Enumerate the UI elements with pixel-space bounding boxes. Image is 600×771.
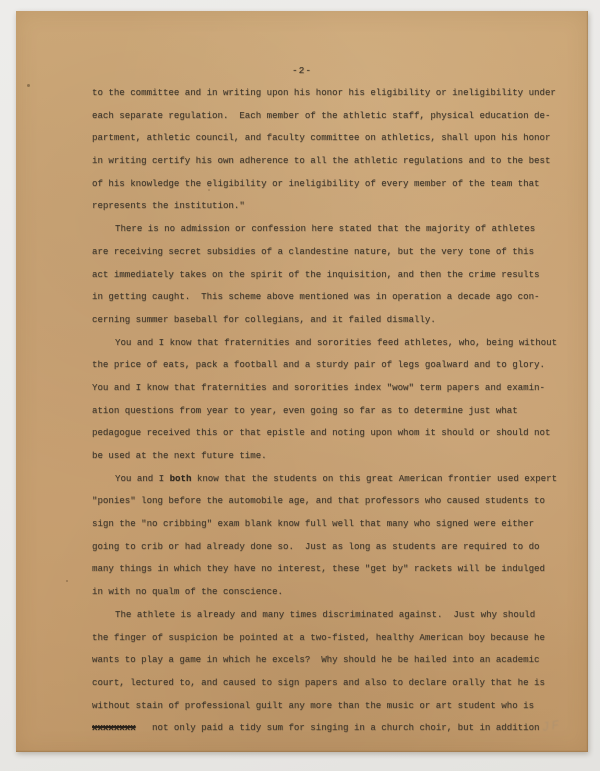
text-segment: the price of eats, pack a football and a…: [92, 359, 545, 370]
text-line: partment, athletic council, and faculty …: [92, 127, 578, 150]
text-line: of his knowledge the eligibility or inel…: [92, 173, 578, 196]
text-segment: the finger of suspicion be pointed at a …: [92, 632, 545, 643]
text-line: You and I know that fraternities and sor…: [92, 377, 578, 400]
text-line: There is no admission or confession here…: [92, 218, 578, 241]
text-line: "ponies" long before the automobile age,…: [92, 490, 578, 513]
text-segment: court, lectured to, and caused to sign p…: [92, 677, 545, 688]
text-line: cerning summer baseball for collegians, …: [92, 309, 578, 332]
text-segment: going to crib or had already done so. Ju…: [92, 541, 540, 552]
text-line: in with no qualm of the conscience.: [92, 581, 578, 604]
text-segment: not only paid a tidy sum for singing in …: [136, 722, 540, 733]
text-segment: represents the institution.": [92, 200, 245, 211]
faint-pencil-mark: JF: [541, 714, 588, 742]
document-text: to the committee and in writing upon his…: [92, 82, 578, 740]
document-page: -2- to the committee and in writing upon…: [16, 11, 588, 752]
text-segment: pedagogue received this or that epistle …: [92, 427, 550, 438]
text-segment: be used at the next future time.: [92, 450, 267, 461]
text-segment: You and I: [115, 473, 170, 484]
page-number: -2-: [16, 63, 588, 79]
text-segment: of his knowledge the eligibility or inel…: [92, 178, 540, 189]
paper-speck: [66, 580, 68, 582]
scan-backdrop: -2- to the committee and in writing upon…: [0, 0, 600, 771]
text-segment: both: [170, 473, 192, 484]
text-line: pedagogue received this or that epistle …: [92, 422, 578, 445]
paper-speck: [486, 273, 488, 275]
text-line: the finger of suspicion be pointed at a …: [92, 627, 578, 650]
text-segment: The athlete is already and many times di…: [115, 609, 535, 620]
text-line: in writing certify his own adherence to …: [92, 150, 578, 173]
text-segment: cerning summer baseball for collegians, …: [92, 314, 436, 325]
text-segment: are receiving secret subsidies of a clan…: [92, 246, 534, 257]
text-line: represents the institution.": [92, 195, 578, 218]
text-segment: You and I know that fraternities and sor…: [92, 382, 545, 393]
text-line: court, lectured to, and caused to sign p…: [92, 672, 578, 695]
text-segment: many things in which they have no intere…: [92, 563, 545, 574]
text-segment: partment, athletic council, and faculty …: [92, 132, 550, 143]
text-line: without stain of professional guilt any …: [92, 695, 578, 718]
text-line: are receiving secret subsidies of a clan…: [92, 241, 578, 264]
text-segment: sign the "no cribbing" exam blank know f…: [92, 518, 534, 529]
text-line: xxxxxxxx not only paid a tidy sum for si…: [92, 717, 578, 740]
text-line: The athlete is already and many times di…: [92, 604, 578, 627]
text-line: You and I both know that the students on…: [92, 468, 578, 491]
text-line: wants to play a game in which he excels?…: [92, 649, 578, 672]
paper-speck: [27, 84, 30, 87]
text-segment: "ponies" long before the automobile age,…: [92, 495, 545, 506]
text-line: each separate regulation. Each member of…: [92, 105, 578, 128]
text-segment: ation questions from year to year, even …: [92, 405, 518, 416]
text-line: be used at the next future time.: [92, 445, 578, 468]
screenshot-root: { "colors": { "backdrop": "#ebeae7", "pa…: [0, 0, 600, 771]
text-line: many things in which they have no intere…: [92, 558, 578, 581]
text-line: ation questions from year to year, even …: [92, 400, 578, 423]
text-segment: act immediately takes on the spirit of t…: [92, 269, 540, 280]
text-line: in getting caught. This scheme above men…: [92, 286, 578, 309]
text-line: the price of eats, pack a football and a…: [92, 354, 578, 377]
text-line: You and I know that fraternities and sor…: [92, 332, 578, 355]
text-segment: wants to play a game in which he excels?…: [92, 654, 540, 665]
text-segment: in getting caught. This scheme above men…: [92, 291, 540, 302]
paper-speck: [208, 189, 210, 191]
text-line: going to crib or had already done so. Ju…: [92, 536, 578, 559]
text-segment: each separate regulation. Each member of…: [92, 110, 550, 121]
text-segment: without stain of professional guilt any …: [92, 700, 534, 711]
text-segment: in with no qualm of the conscience.: [92, 586, 283, 597]
text-segment: know that the students on this great Ame…: [191, 473, 557, 484]
text-segment: There is no admission or confession here…: [115, 223, 535, 234]
text-segment: in writing certify his own adherence to …: [92, 155, 550, 166]
text-line: act immediately takes on the spirit of t…: [92, 264, 578, 287]
text-line: to the committee and in writing upon his…: [92, 82, 578, 105]
text-line: sign the "no cribbing" exam blank know f…: [92, 513, 578, 536]
struck-out-text: xxxxxxxx: [92, 722, 136, 733]
text-segment: You and I know that fraternities and sor…: [115, 337, 557, 348]
text-segment: to the committee and in writing upon his…: [92, 87, 556, 98]
